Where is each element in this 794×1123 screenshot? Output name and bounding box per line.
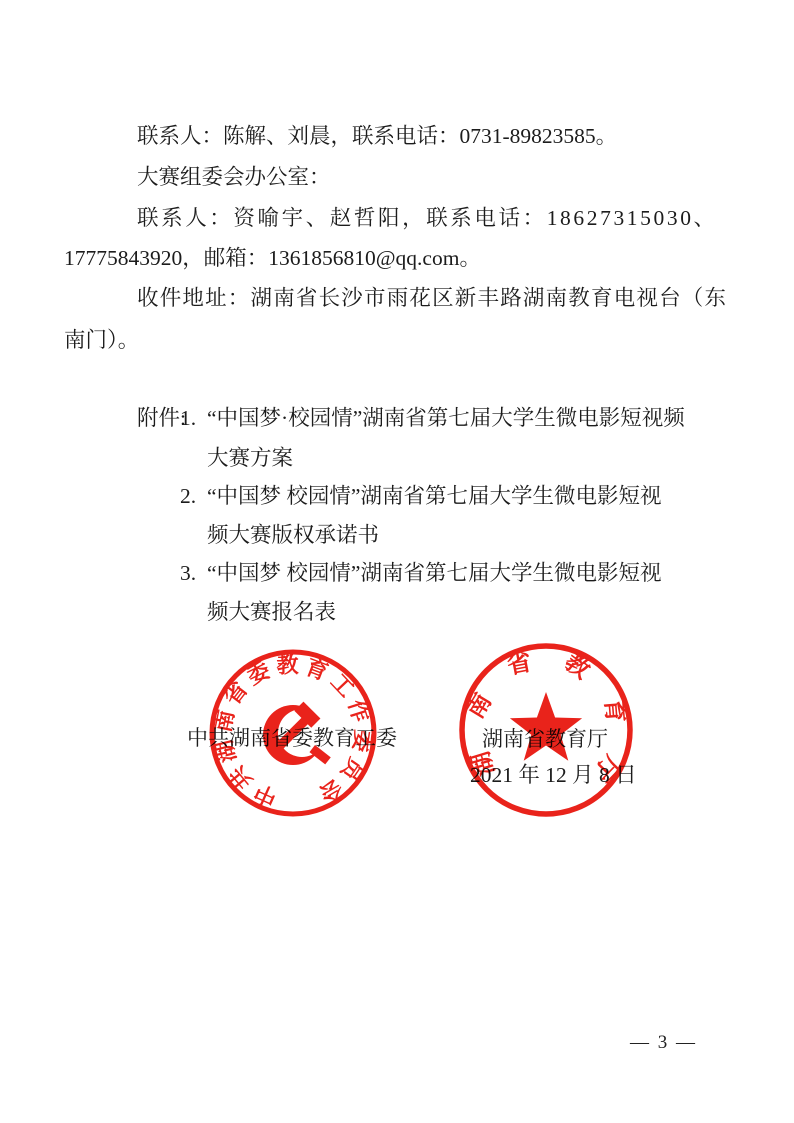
attachment-number: 2. [180, 485, 207, 507]
signature-left-org: 中共湖南省委教育工委 [187, 727, 397, 749]
attachment-title: “中国梦 校园情”湖南省第七届大学生微电影短视 [207, 561, 661, 585]
body-line-address-cont: 南门）。 [64, 329, 139, 351]
document-page: 联系人：陈解、刘晨，联系电话：0731-89823585。 大赛组委会办公室： … [0, 0, 794, 1123]
body-line-office: 大赛组委会办公室： [137, 166, 331, 188]
body-line-contact2-cont: 17775843920，邮箱：1361856810@qq.com。 [64, 247, 481, 269]
attachment-line-3: 3.“中国梦 校园情”湖南省第七届大学生微电影短视 [180, 562, 661, 584]
attachment-line-2-cont: 频大赛版权承诺书 [207, 524, 379, 546]
attachment-line-2: 2.“中国梦 校园情”湖南省第七届大学生微电影短视 [180, 485, 661, 507]
attachment-number: 3. [180, 562, 207, 584]
attachments-label: 附件: [137, 407, 180, 429]
body-line-address: 收件地址：湖南省长沙市雨花区新丰路湖南教育电视台（东 [137, 287, 727, 309]
body-line-contact2: 联系人：资喻宇、赵哲阳，联系电话：18627315030、 [137, 207, 718, 229]
attachment-line-1-cont: 大赛方案 [207, 447, 293, 469]
page-number: — 3 — [630, 1032, 697, 1054]
attachment-number: 1. [180, 407, 207, 429]
attachment-title: “中国梦 校园情”湖南省第七届大学生微电影短视 [207, 484, 661, 508]
attachment-line-3-cont: 频大赛报名表 [207, 601, 336, 623]
body-line-contact1: 联系人：陈解、刘晨，联系电话：0731-89823585。 [137, 125, 617, 147]
signature-date: 2021 年 12 月 8 日 [470, 764, 637, 786]
signature-right-org: 湖南省教育厅 [482, 728, 608, 750]
attachment-line-1: 附件:1.“中国梦·校园情”湖南省第七届大学生微电影短视频 [137, 407, 685, 429]
attachment-title: “中国梦·校园情”湖南省第七届大学生微电影短视频 [207, 406, 685, 430]
